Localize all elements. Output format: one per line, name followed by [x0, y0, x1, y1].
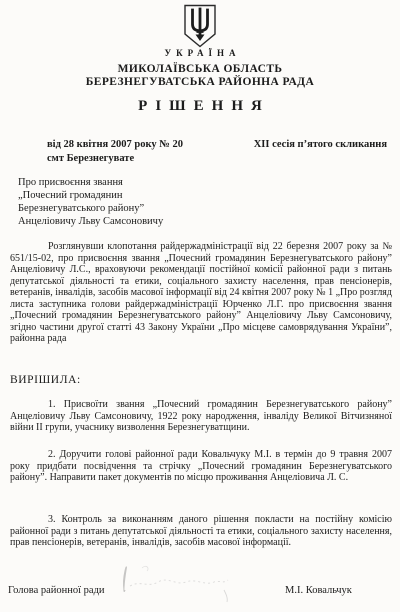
date-and-number: від 28 квітня 2007 року № 20: [47, 138, 183, 152]
signer-name: М.І. Ковальчук: [285, 585, 352, 596]
ukraine-trident-icon: [182, 4, 218, 48]
country-name: УКРАЇНА: [0, 48, 400, 58]
region-name: МИКОЛАЇВСЬКА ОБЛАСТЬ: [0, 63, 400, 75]
document-subject: Про присвоєння звання „Почесний громадян…: [18, 176, 238, 228]
place-name: смт Березнегувате: [47, 152, 183, 166]
subject-line: Про присвоєння звання: [18, 176, 238, 189]
resolution-item: 2. Доручити голові районної ради Ковальч…: [10, 449, 392, 484]
council-name: БЕРЕЗНЕГУВАТСЬКА РАЙОННА РАДА: [0, 76, 400, 88]
subject-line: „Почесний громадянин: [18, 189, 238, 202]
signer-title: Голова районної ради: [8, 585, 105, 596]
document-type-title: РІШЕННЯ: [0, 98, 400, 115]
resolved-label: ВИРІШИЛА:: [10, 374, 81, 386]
preamble-paragraph: Розглянувши клопотання райдержадміністра…: [10, 241, 392, 345]
subject-line: Березнегуватського району”: [18, 202, 238, 215]
session-label: XII сесія п’ятого скликання: [254, 139, 387, 150]
document-meta-left: від 28 квітня 2007 року № 20 смт Березне…: [47, 138, 183, 166]
handwritten-signature: [106, 546, 246, 608]
resolution-item: 1. Присвоїти звання „Почесний громадянин…: [10, 399, 392, 434]
subject-line: Анцеліовичу Льву Самсоновичу: [18, 215, 238, 228]
resolution-document-page: УКРАЇНА МИКОЛАЇВСЬКА ОБЛАСТЬ БЕРЕЗНЕГУВА…: [0, 0, 400, 612]
resolution-item: 3. Контроль за виконанням даного рішення…: [10, 514, 392, 549]
